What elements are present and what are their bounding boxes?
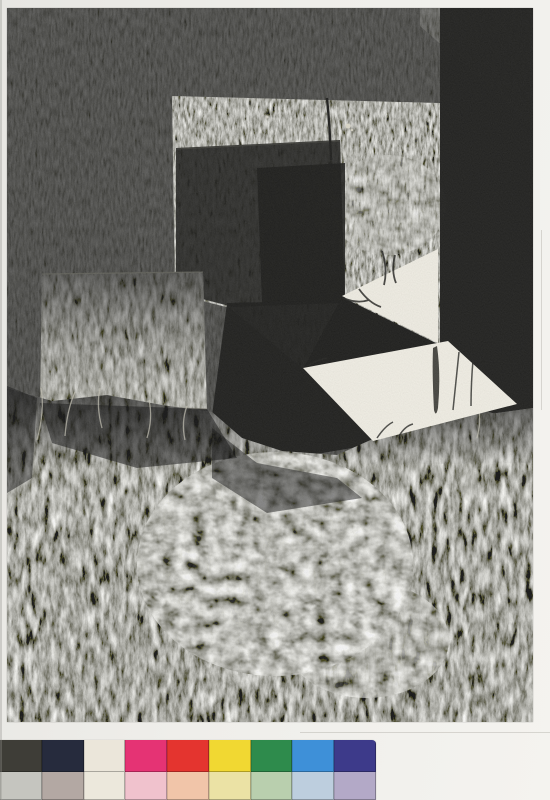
color-swatch — [0, 772, 42, 800]
paper-edge-line — [541, 230, 542, 410]
color-swatch — [125, 740, 167, 772]
scan-artifact-line — [300, 732, 550, 733]
color-swatch — [84, 740, 126, 772]
color-swatch — [251, 740, 293, 772]
color-swatch — [209, 772, 251, 800]
color-swatch — [167, 740, 209, 772]
color-swatch — [292, 740, 334, 772]
color-bar-row — [0, 740, 376, 772]
color-swatch — [334, 740, 376, 772]
color-swatch — [251, 772, 293, 800]
scan-sheet — [0, 0, 550, 800]
film-grain — [7, 8, 533, 722]
color-swatch — [125, 772, 167, 800]
color-swatch — [42, 772, 84, 800]
color-calibration-bar — [0, 740, 376, 800]
color-swatch — [292, 772, 334, 800]
color-swatch — [42, 740, 84, 772]
color-swatch — [334, 772, 376, 800]
scan-left-edge — [0, 0, 2, 800]
color-swatch — [0, 740, 42, 772]
color-bar-row — [0, 772, 376, 800]
color-swatch — [209, 740, 251, 772]
photograph — [7, 8, 533, 722]
color-swatch — [84, 772, 126, 800]
photograph-artwork — [7, 8, 533, 722]
color-swatch — [167, 772, 209, 800]
